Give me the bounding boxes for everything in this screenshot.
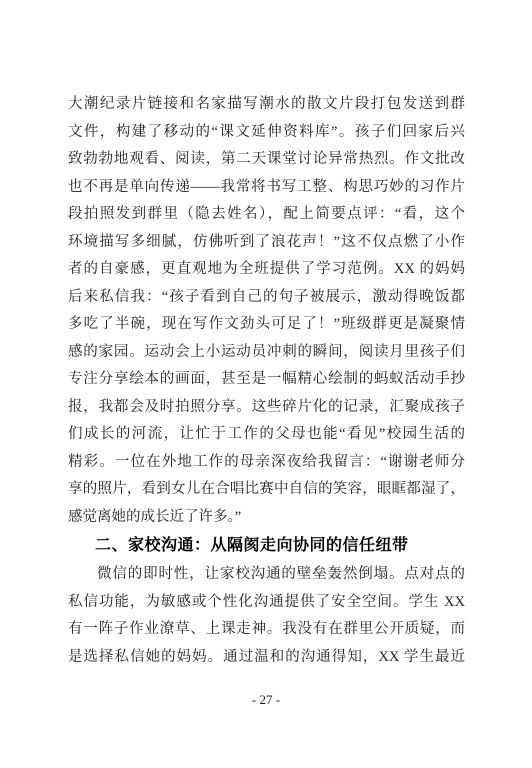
page-content: 大潮纪录片链接和名家描写潮水的散文片段打包发送到群 文件，构建了移动的“课文延伸… <box>68 91 465 671</box>
text-line: 报，我都会及时拍照分享。这些碎片化的记录，汇聚成孩子 <box>68 394 465 422</box>
text-line: 文件，构建了移动的“课文延伸资料库”。孩子们回家后兴 <box>68 119 465 147</box>
text-line: 有一阵子作业潦草、上课走神。我没有在群里公开质疑，而 <box>68 616 465 644</box>
text-line: 专注分享绘本的画面，甚至是一幅精心绘制的蚂蚁活动手抄 <box>68 366 465 394</box>
text-line: 段拍照发到群里（隐去姓名），配上简要点评：“看，这个 <box>68 201 465 229</box>
paragraph: 微信的即时性，让家校沟通的壁垒轰然倒塌。点对点的 私信功能，为敏感或个性化沟通提… <box>68 561 465 671</box>
text-line: 私信功能，为敏感或个性化沟通提供了安全空间。学生 XX <box>68 589 465 617</box>
document-page: 大潮纪录片链接和名家描写潮水的散文片段打包发送到群 文件，构建了移动的“课文延伸… <box>0 0 532 768</box>
page-number: - 27 - <box>0 692 532 708</box>
text-line: 大潮纪录片链接和名家描写潮水的散文片段打包发送到群 <box>68 91 465 119</box>
text-line: 享的照片，看到女儿在合唱比赛中自信的笑容，眼眶都湿了， <box>68 476 465 504</box>
text-line: 精彩。一位在外地工作的母亲深夜给我留言：“谢谢老师分 <box>68 449 465 477</box>
text-line: 是选择私信她的妈妈。通过温和的沟通得知，XX 学生最近 <box>68 644 465 672</box>
section-heading: 二、家校沟通：从隔阂走向协同的信任纽带 <box>68 531 465 561</box>
text-line: 后来私信我：“孩子看到自己的句子被展示，激动得晚饭都 <box>68 284 465 312</box>
text-line: 致勃勃地观看、阅读，第二天课堂讨论异常热烈。作文批改 <box>68 146 465 174</box>
paragraph-continuation: 大潮纪录片链接和名家描写潮水的散文片段打包发送到群 文件，构建了移动的“课文延伸… <box>68 91 465 531</box>
text-line: 微信的即时性，让家校沟通的壁垒轰然倒塌。点对点的 <box>68 561 465 589</box>
text-line: 多吃了半碗，现在写作文劲头可足了！”班级群更是凝聚情 <box>68 311 465 339</box>
text-line: 者的自豪感，更直观地为全班提供了学习范例。XX 的妈妈 <box>68 256 465 284</box>
text-line: 环境描写多细腻，仿佛听到了浪花声！”这不仅点燃了小作 <box>68 229 465 257</box>
text-line: 也不再是单向传递——我常将书写工整、构思巧妙的习作片 <box>68 174 465 202</box>
text-line: 感的家园。运动会上小运动员冲刺的瞬间，阅读月里孩子们 <box>68 339 465 367</box>
text-line: 感觉离她的成长近了许多。” <box>68 504 465 532</box>
text-line: 们成长的河流，让忙于工作的父母也能“看见”校园生活的 <box>68 421 465 449</box>
